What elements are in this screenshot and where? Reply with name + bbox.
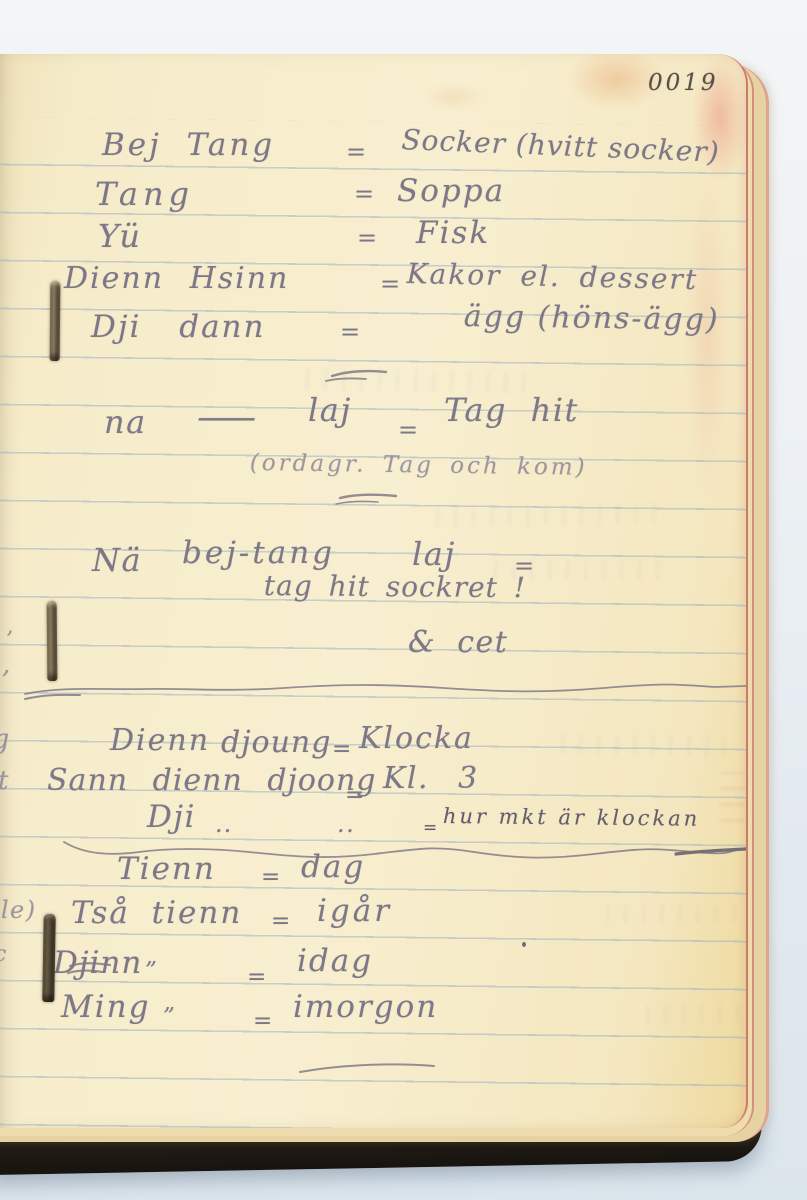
phrase-note: (ordagr. Tag och kom) bbox=[250, 452, 588, 480]
pencil-dot bbox=[522, 942, 526, 947]
equals-sign: = bbox=[357, 226, 379, 250]
vocab-definition: Kakor el. dessert bbox=[406, 260, 698, 294]
gutter-fragment: (le) bbox=[0, 898, 37, 922]
phrase-word: bej-tang bbox=[182, 538, 335, 569]
vocab-term: Bej Tang bbox=[102, 130, 275, 161]
equals-sign: = bbox=[340, 320, 362, 344]
gutter-fragment: c bbox=[0, 944, 8, 966]
vocab-definition: Fisk bbox=[416, 218, 490, 249]
staple bbox=[47, 601, 58, 681]
vocab-definition: ägg (höns-ägg) bbox=[464, 302, 720, 336]
equals-sign: = bbox=[423, 820, 439, 837]
equals-sign: = bbox=[354, 182, 376, 206]
equals-sign: = bbox=[261, 866, 282, 889]
equals-sign: = bbox=[380, 272, 402, 296]
vocab-term: Tang bbox=[95, 178, 194, 210]
ditto-mark: .. bbox=[215, 812, 232, 836]
equals-sign: = bbox=[253, 1010, 274, 1033]
vocab-definition: idag bbox=[297, 946, 373, 977]
vocab-term: Sann dienn djoong bbox=[47, 766, 377, 796]
vocab-term: Yü bbox=[98, 220, 143, 252]
ditto-mark: ” bbox=[163, 1006, 176, 1029]
gutter-fragment: g bbox=[0, 726, 11, 753]
equals-sign: = bbox=[345, 784, 366, 807]
vocab-term: Ming bbox=[61, 992, 150, 1023]
ditto-mark: .. bbox=[337, 812, 355, 836]
phrase-word: laj bbox=[308, 394, 352, 426]
phrase-word: laj bbox=[412, 538, 456, 570]
page-number: 0019 bbox=[648, 70, 719, 96]
ink-layer: 0019 Bej Tang = Socker (hvitt socker) Ta… bbox=[0, 54, 746, 1128]
phrase-definition: Tag hit bbox=[444, 394, 579, 426]
vocab-definition: Soppa bbox=[397, 176, 505, 207]
vocab-term: Tså tienn bbox=[71, 898, 242, 929]
vocab-definition: Klocka bbox=[359, 724, 474, 754]
equals-sign: = bbox=[247, 966, 268, 989]
gutter-fragment: , bbox=[2, 652, 12, 678]
vocab-term: Djinn bbox=[53, 948, 142, 979]
vocab-term: djoung bbox=[221, 728, 331, 758]
equals-sign: = bbox=[332, 738, 353, 761]
vocab-definition: imorgon bbox=[293, 992, 438, 1023]
equals-sign: = bbox=[346, 140, 368, 164]
vocab-definition: dag bbox=[301, 852, 365, 883]
vocab-definition: hur mkt är klockan bbox=[443, 806, 701, 830]
gutter-fragment: t bbox=[0, 768, 10, 794]
phrase-line: tag hit sockret ! bbox=[264, 572, 526, 602]
ditto-mark: ” bbox=[145, 960, 158, 983]
equals-sign: = bbox=[398, 418, 420, 442]
vocab-definition: igår bbox=[317, 896, 392, 927]
vocab-term: Dienn Hsinn bbox=[64, 264, 289, 294]
staple bbox=[50, 281, 61, 361]
equals-sign: = bbox=[271, 910, 292, 933]
phrase-line: & cet bbox=[408, 628, 508, 658]
staple bbox=[42, 914, 56, 1002]
vocab-term: Dienn bbox=[110, 726, 210, 756]
phrase-dash: — bbox=[196, 400, 260, 436]
scanned-notebook-page: 0019 Bej Tang = Socker (hvitt socker) Ta… bbox=[0, 0, 807, 1200]
vocab-definition: Kl. 3 bbox=[383, 764, 479, 794]
vocab-term: Dji bbox=[147, 802, 196, 833]
vocab-term: Tienn bbox=[117, 854, 216, 885]
phrase-word: Nä bbox=[92, 544, 142, 576]
gutter-fragment: ’ bbox=[6, 630, 15, 652]
vocab-term: Dji dann bbox=[91, 312, 266, 343]
phrase-word: na bbox=[104, 406, 147, 438]
